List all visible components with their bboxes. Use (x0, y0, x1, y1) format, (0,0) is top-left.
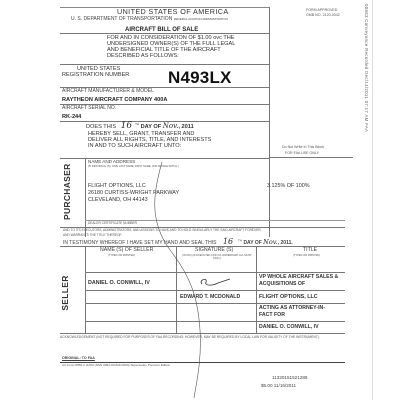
handwritten-day: 16 (121, 121, 132, 131)
recording-stamp: 00683 Conveyance Recorded Dec/14/2011 07… (364, 4, 369, 132)
conveyance-line: IN AND TO SUCH AIRCRAFT UNTO: (88, 143, 211, 149)
faa-block-note: Do Not Write In This Block (282, 146, 324, 150)
consideration-line: DESCRIBED AS FOLLOWS: (107, 53, 235, 59)
receipt-number: 11320151521289 (272, 376, 307, 381)
seller-title-4: DANIEL O. CONWILL, IV (259, 325, 319, 330)
registration-number: N493LX (168, 69, 232, 86)
name-address-label: NAME AND ADDRESS (88, 160, 135, 165)
col-sub-title: (TYPED OR PRINTED) (293, 255, 320, 258)
fee-date: $5.00 11/16/2011 (261, 384, 296, 389)
consideration-text: FOR AND IN CONSIDERATION OF $1.00 ovc TH… (107, 35, 235, 59)
original-to-faa: ORIGINAL: TO FAA (62, 357, 95, 361)
dealer-cert-label: DEALER CERTIFICATE NUMBER (88, 222, 137, 225)
warranty-line-2: AND WARRANTS THE TITLE THEREOF. (63, 234, 122, 237)
ordinal-suffix-2: TH (238, 238, 242, 242)
handwritten-day-2: 16 (223, 237, 233, 246)
omb-number: OMB NO. 2120-0042 (306, 14, 340, 18)
does-this-text: DOES THIS (86, 124, 116, 130)
faa-use-only: FOR FAA USE ONLY (285, 152, 319, 156)
page-edge-line (372, 0, 373, 400)
department-text: U. S. DEPARTMENT OF TRANSPORTATION (71, 16, 172, 22)
seller-title-2: FLIGHT OPTIONS, LLC (259, 295, 318, 300)
handwritten-month-2: Nov. (263, 238, 278, 246)
faa-block-rule (269, 157, 353, 158)
registration-label-2: REGISTRATION NUMBER (62, 72, 129, 78)
acknowledgement-text: ACKNOWLEDGEMENT (NOT REQUIRED FOR PURPOS… (60, 335, 345, 339)
purchaser-side-divider (85, 158, 86, 237)
year-text: , 2011 (178, 124, 193, 130)
manufacturer-label: AIRCRAFT MANUFACTURER & MODEL (62, 89, 154, 94)
col-header-title: TITLE (303, 248, 317, 253)
consideration-rule (60, 64, 269, 65)
purchaser-side-label: PURCHASER (62, 170, 72, 220)
header-country: UNITED STATES OF AMERICA (117, 8, 229, 15)
handwritten-month: Nov. (163, 122, 179, 130)
seller-title-3: ACTING AS ATTORNEY-IN-FACT FOR (259, 305, 329, 319)
form-number: AC Form 8050-2 (1/09) (NSN 0052-00-629-0… (62, 364, 170, 367)
top-rule (60, 7, 270, 8)
ownership-share: 3.125% OF 100% (267, 184, 310, 189)
col-sub-name: (TYPED OR PRINTED) (108, 255, 135, 258)
seller-title-1: VP WHOLE AIRCRAFT SALES & ACQUISITIONS O… (259, 274, 349, 287)
right-frame-line (269, 7, 270, 237)
ordinal-suffix: TH (135, 122, 139, 126)
purchaser-name: FLIGHT OPTIONS, LLC (88, 184, 146, 189)
conveyance-text: HEREBY SELL, GRANT, TRANSFER AND DELIVER… (88, 131, 211, 149)
agency-text: FEDERAL AVIATION ADMINISTRATION (174, 17, 228, 21)
header-department: U. S. DEPARTMENT OF TRANSPORTATION FEDER… (71, 17, 228, 22)
serial-value: RK-244 (62, 115, 81, 121)
day-of-text: DAY OF (141, 124, 162, 130)
title-rule (60, 33, 269, 34)
purchaser-city: CLEVELAND, OH 44143 (88, 198, 148, 203)
serial-label: AIRCRAFT SERIAL NO. (62, 106, 116, 111)
manufacturer-value: RAYTHEON AIRCRAFT COMPANY 400A (62, 98, 167, 104)
seller-side-label: SELLER (60, 273, 70, 313)
